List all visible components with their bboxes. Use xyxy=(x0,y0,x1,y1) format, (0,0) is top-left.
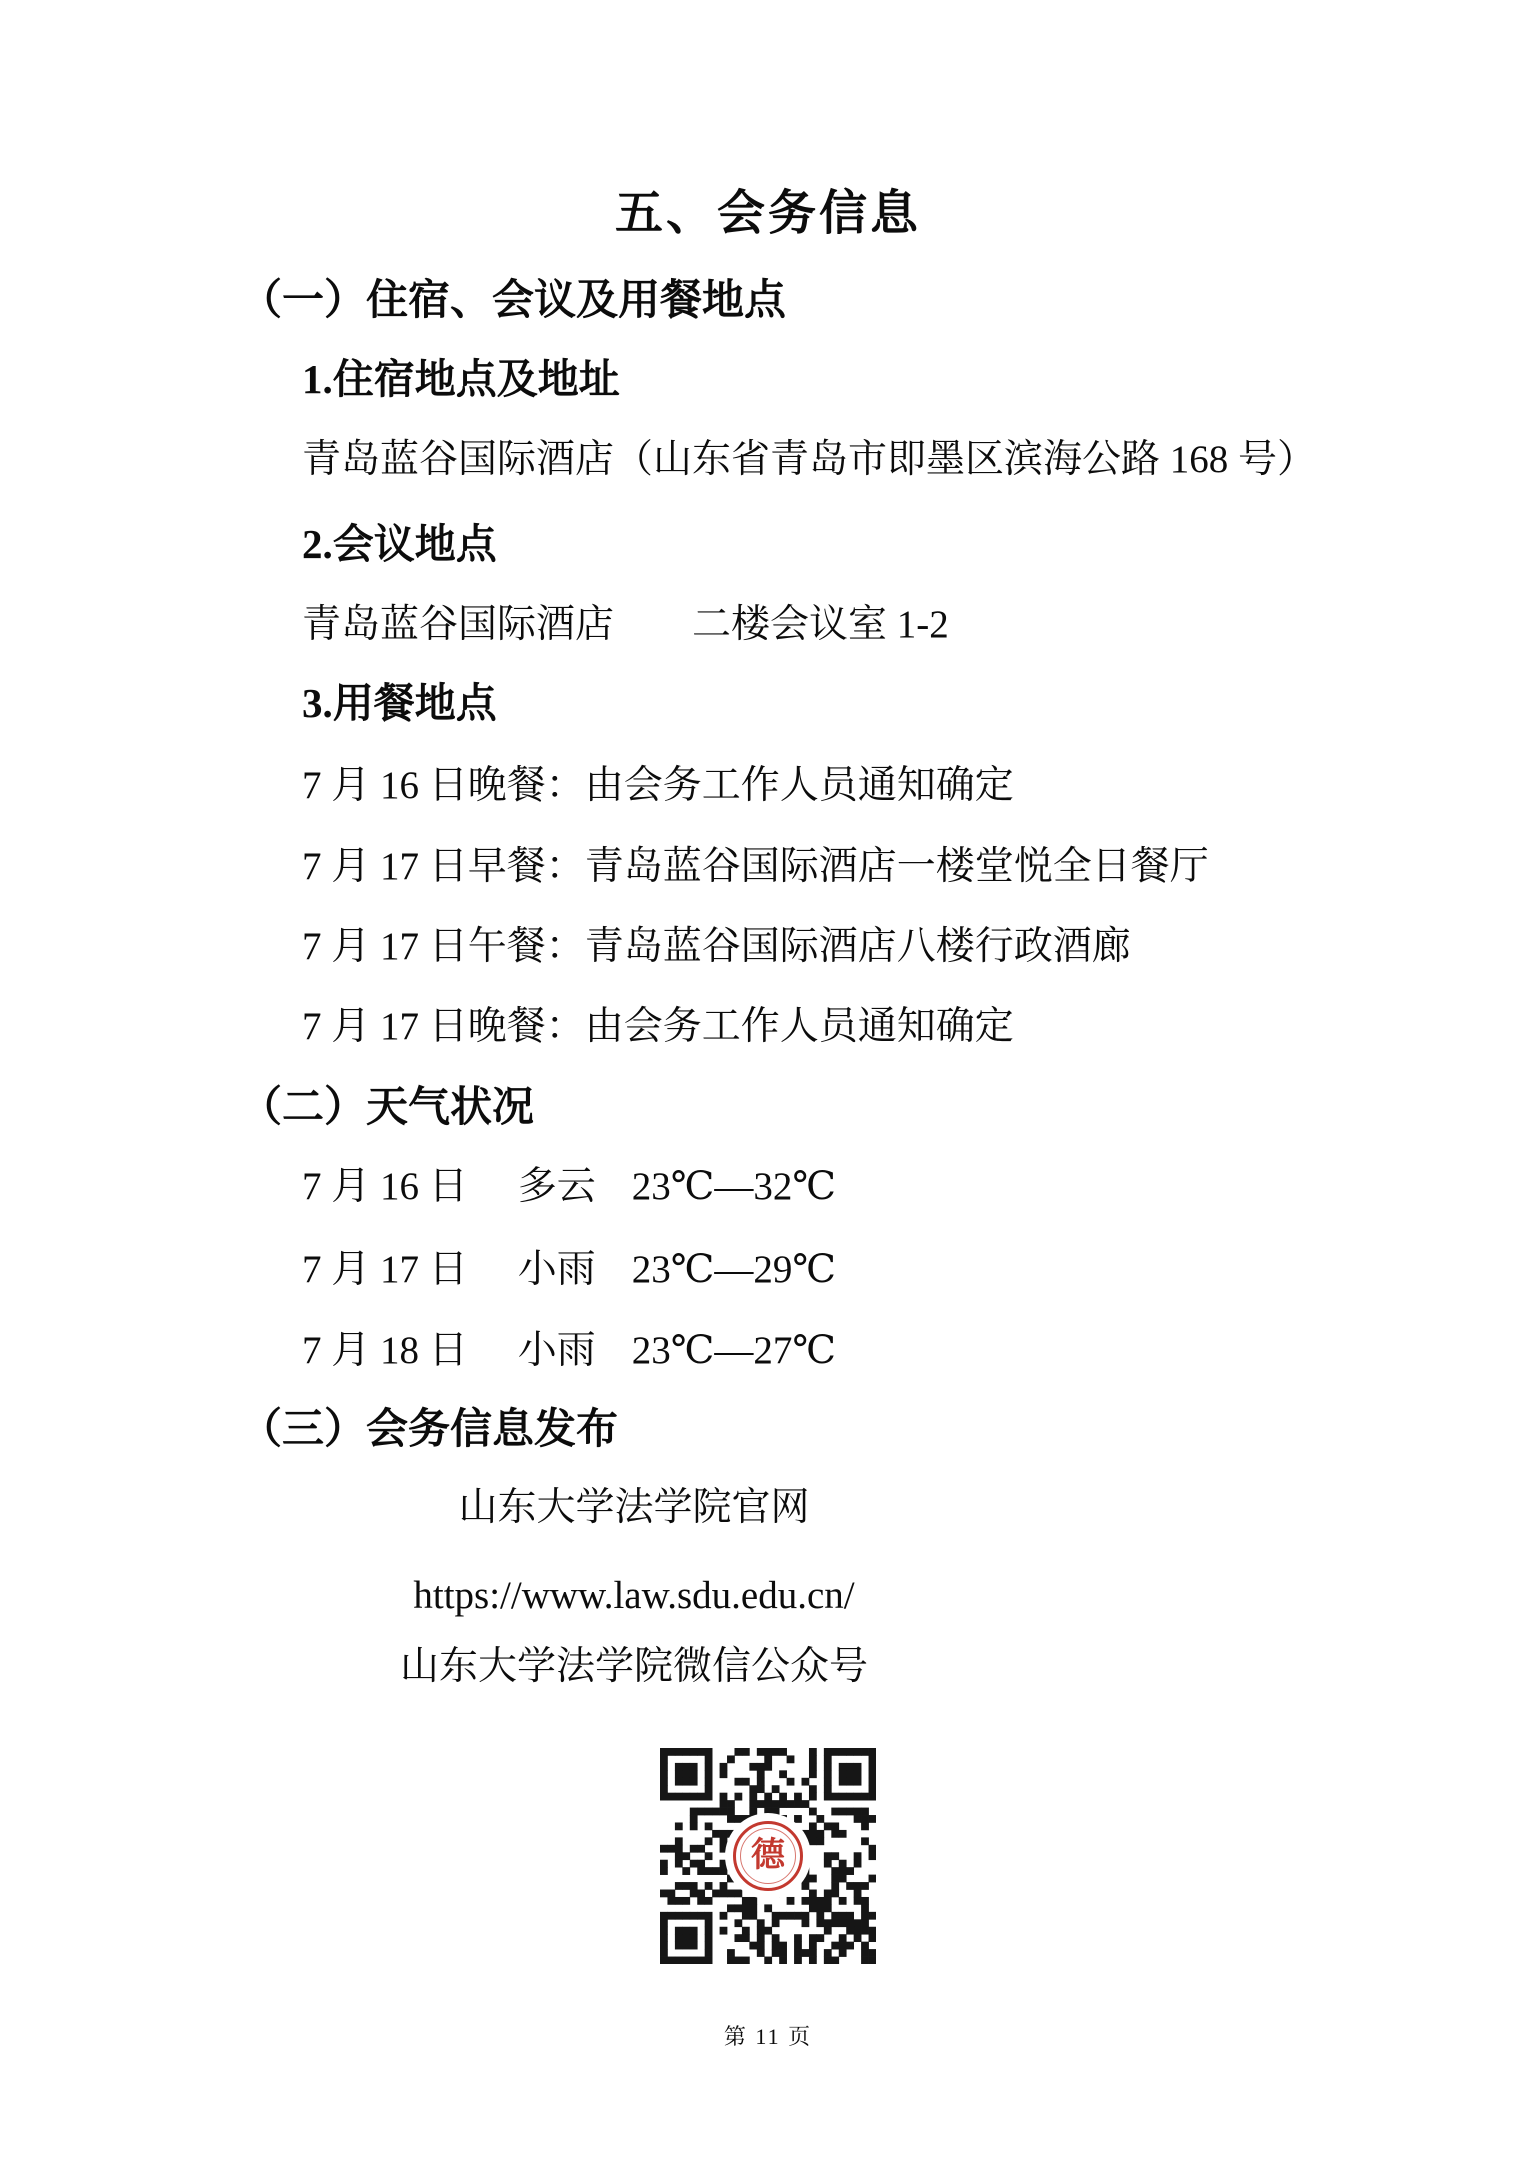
document-page: 五、会务信息 （一）住宿、会议及用餐地点 1.住宿地点及地址 青岛蓝谷国际酒店（… xyxy=(0,0,1536,2171)
lodging-address: 青岛蓝谷国际酒店（山东省青岛市即墨区滨海公路 168 号） xyxy=(302,440,1316,479)
meal-line: 7 月 16 日晚餐：由会务工作人员通知确定 xyxy=(302,766,1014,805)
weather-condition: 小雨 xyxy=(518,1329,596,1372)
section1-heading: （一）住宿、会议及用餐地点 xyxy=(240,280,786,322)
dining-subheading: 3.用餐地点 xyxy=(302,683,497,724)
weather-temperature-range: 23℃—29℃ xyxy=(632,1248,836,1291)
weather-row: 7 月 18 日小雨23℃—27℃ xyxy=(302,1331,836,1370)
meal-line: 7 月 17 日早餐：青岛蓝谷国际酒店一楼堂悦全日餐厅 xyxy=(302,847,1209,886)
meeting-location: 青岛蓝谷国际酒店 二楼会议室 1-2 xyxy=(302,605,949,644)
lodging-subheading: 1.住宿地点及地址 xyxy=(302,359,620,400)
seal-inner-ring xyxy=(740,1828,796,1884)
wechat-qr-code: 德 xyxy=(660,1748,876,1964)
weather-row: 7 月 17 日小雨23℃—29℃ xyxy=(302,1250,836,1289)
page-title: 五、会务信息 xyxy=(0,190,1536,238)
weather-temperature-range: 23℃—27℃ xyxy=(632,1329,836,1372)
wechat-account-name: 山东大学法学院微信公众号 xyxy=(0,1647,1268,1686)
weather-date: 7 月 17 日 xyxy=(302,1248,468,1291)
section2-heading: （二）天气状况 xyxy=(240,1087,534,1129)
weather-condition: 小雨 xyxy=(518,1248,596,1291)
website-name: 山东大学法学院官网 xyxy=(0,1488,1268,1527)
weather-date: 7 月 18 日 xyxy=(302,1329,468,1372)
weather-condition: 多云 xyxy=(518,1165,596,1208)
section3-heading: （三）会务信息发布 xyxy=(240,1409,618,1451)
weather-row: 7 月 16 日多云23℃—32℃ xyxy=(302,1167,836,1206)
meal-line: 7 月 17 日午餐：青岛蓝谷国际酒店八楼行政酒廊 xyxy=(302,927,1131,966)
meeting-subheading: 2.会议地点 xyxy=(302,524,497,565)
meal-line: 7 月 17 日晚餐：由会务工作人员通知确定 xyxy=(302,1007,1014,1046)
qr-center-seal: 德 xyxy=(733,1821,803,1891)
weather-temperature-range: 23℃—32℃ xyxy=(632,1165,836,1208)
page-number: 第 11 页 xyxy=(0,2026,1536,2048)
website-url: https://www.law.sdu.edu.cn/ xyxy=(0,1576,1268,1615)
weather-date: 7 月 16 日 xyxy=(302,1165,468,1208)
